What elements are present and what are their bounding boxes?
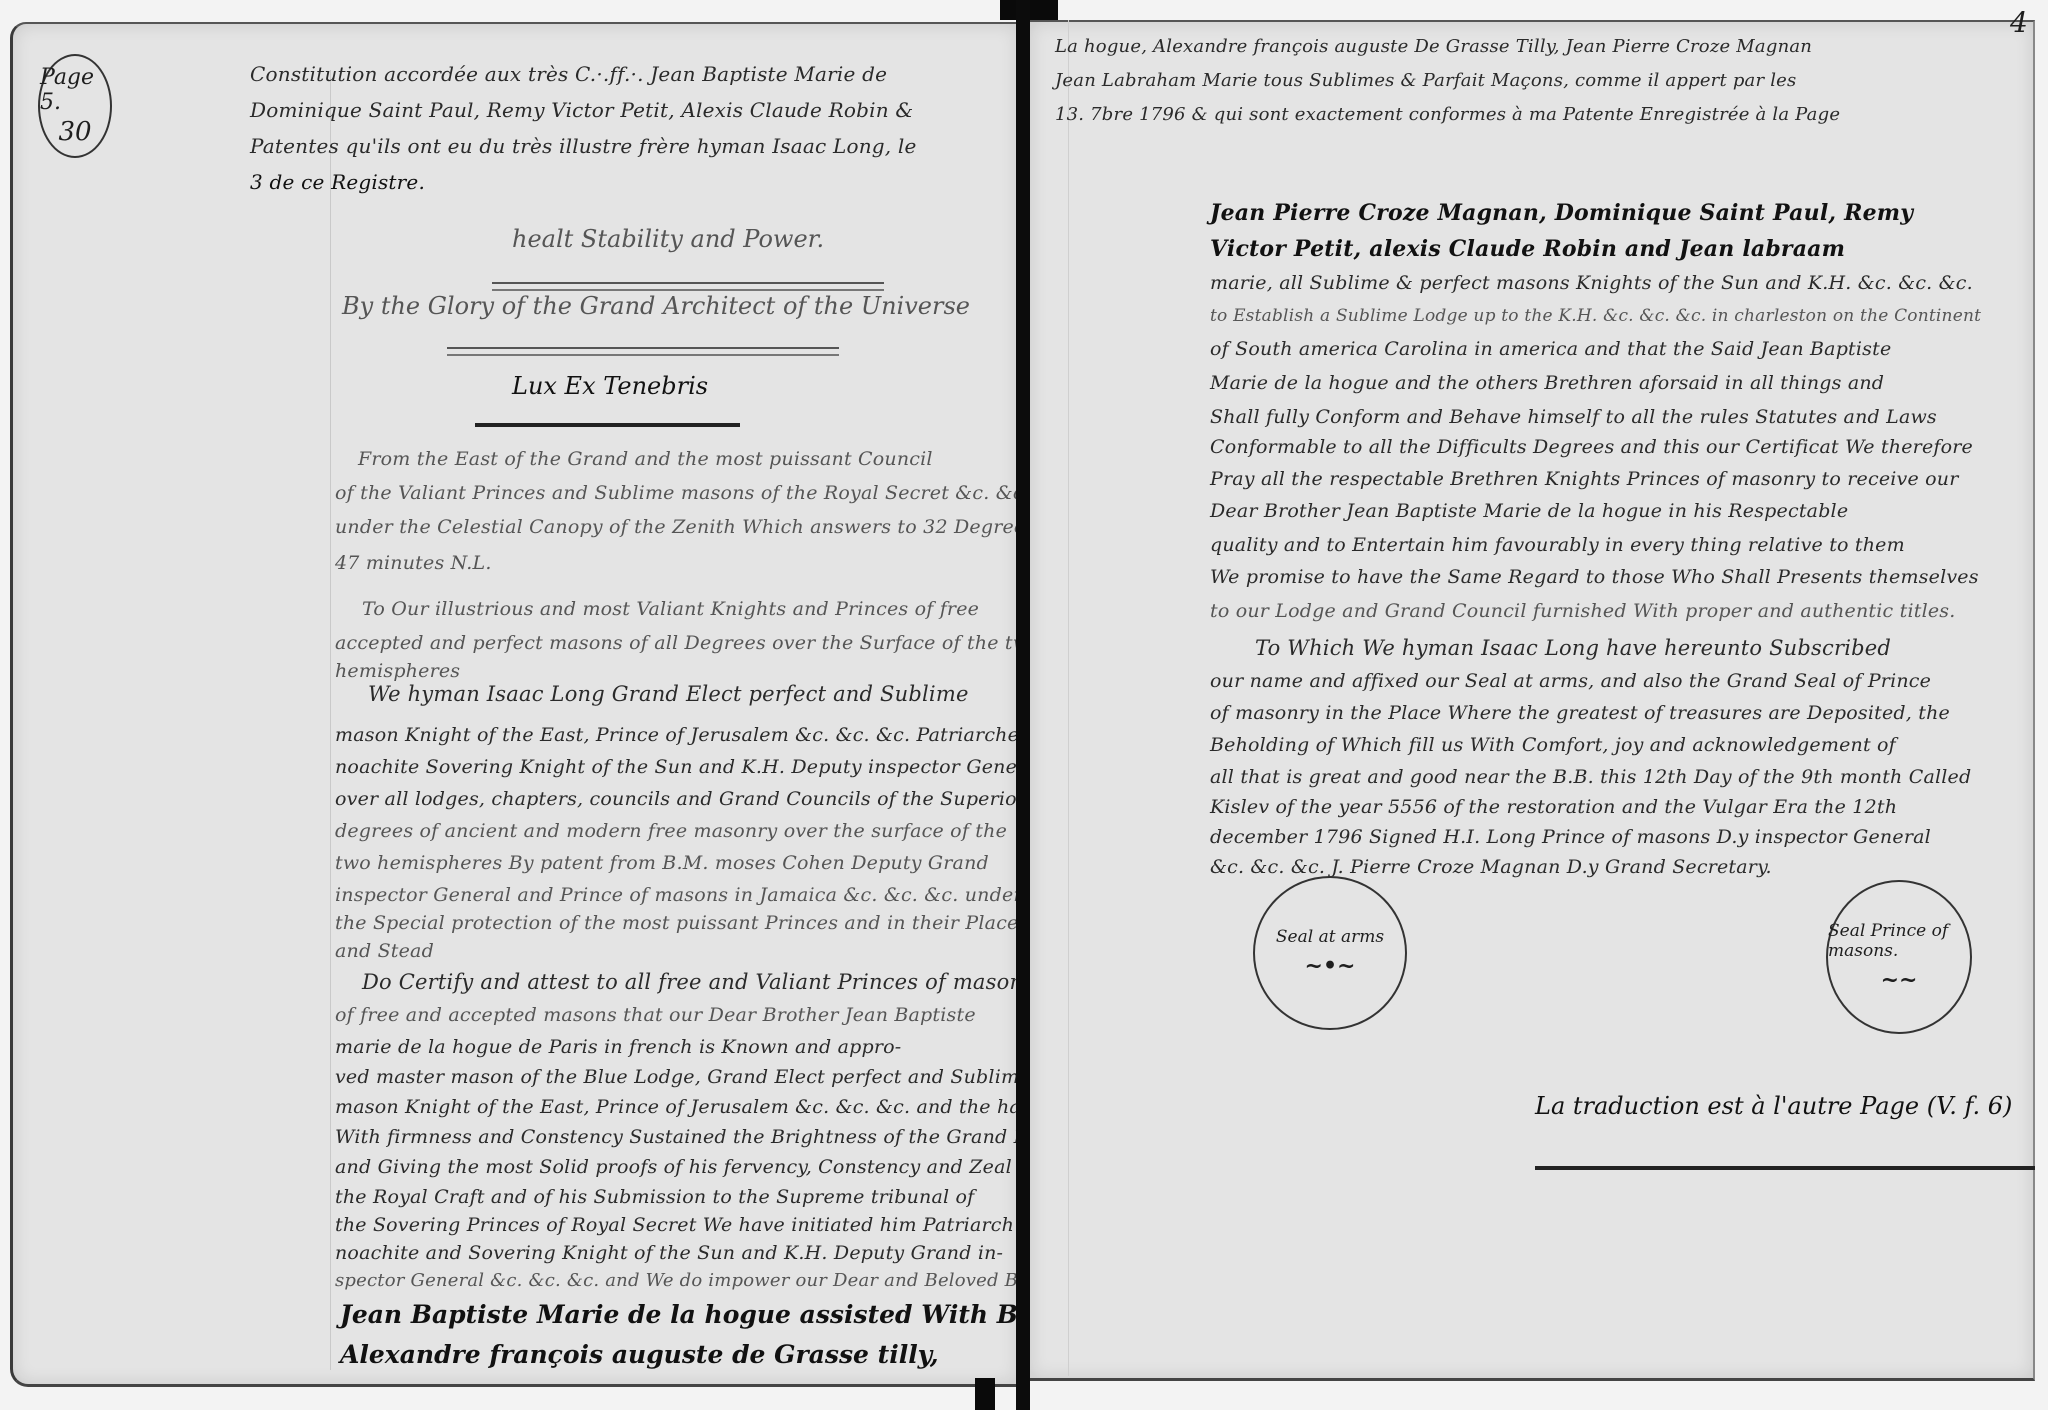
body-line: We promise to have the Same Regard to th… [1210,566,1979,588]
body-line-signature-2: Alexandre françois auguste de Grasse til… [340,1340,939,1369]
body-line: under the Celestial Canopy of the Zenith… [335,516,1035,538]
body-line: degrees of ancient and modern free mason… [335,820,1007,842]
body-line: With firmness and Constency Sustained th… [335,1126,1108,1148]
invocation-underline [447,347,839,356]
body-line: over all lodges, chapters, councils and … [335,788,1026,810]
body-line: all that is great and good near the B.B.… [1210,766,1971,788]
body-line: the Special protection of the most puiss… [335,912,1019,934]
gutter-bottom-shadow [975,1378,995,1410]
page-number-badge: Page 5. 30 [38,54,112,158]
header-line: Patentes qu'ils ont eu du très illustre … [250,134,917,158]
body-line: and Stead [335,940,434,962]
motto-underline [492,282,884,291]
body-line: of South america Carolina in america and… [1210,338,1891,360]
body-line: the Sovering Princes of Royal Secret We … [335,1214,1014,1236]
header-line: 13. 7bre 1796 & qui sont exactement conf… [1055,104,1840,125]
header-line: Dominique Saint Paul, Remy Victor Petit,… [250,98,913,122]
seal-label: Seal Prince of masons. [1828,921,1970,961]
body-line: our name and affixed our Seal at arms, a… [1210,670,1931,692]
body-line: Victor Petit, alexis Claude Robin and Je… [1210,236,1845,262]
invocation: By the Glory of the Grand Architect of t… [342,292,970,320]
body-line: 47 minutes N.L. [335,552,492,574]
body-line: spector General &c. &c. &c. and We do im… [335,1270,1077,1291]
body-line: Dear Brother Jean Baptiste Marie de la h… [1210,500,1848,522]
seal-prince-of-masons: Seal Prince of masons. ~~ [1826,880,1972,1034]
body-line: to Establish a Sublime Lodge up to the K… [1210,306,1981,326]
flourish-icon: ~~ [1881,967,1918,993]
body-line: quality and to Entertain him favourably … [1210,534,1905,556]
book-gutter [1016,0,1030,1410]
flourish-icon: ~•~ [1305,953,1356,979]
left-margin-rule [330,70,331,1370]
body-line: Jean Pierre Croze Magnan, Dominique Sain… [1210,200,1913,226]
body-line: &c. &c. &c. J. Pierre Croze Magnan D.y G… [1210,856,1772,878]
header-line: La hogue, Alexandre françois auguste De … [1055,36,1812,57]
body-line: the Royal Craft and of his Submission to… [335,1186,974,1208]
body-line: Do Certify and attest to all free and Va… [362,970,1034,994]
body-line: From the East of the Grand and the most … [358,448,933,470]
body-line: marie, all Sublime & perfect masons Knig… [1210,272,1973,294]
body-line: Conformable to all the Difficults Degree… [1210,436,1973,458]
footer-rule [1535,1166,2035,1170]
header-line: 3 de ce Registre. [250,170,425,194]
body-line: of free and accepted masons that our Dea… [335,1004,976,1026]
page-badge-label: Page 5. [40,65,110,115]
body-line: of the Valiant Princes and Sublime mason… [335,482,1070,504]
body-line: two hemispheres By patent from B.M. mose… [335,852,989,874]
body-line: accepted and perfect masons of all Degre… [335,632,1041,654]
body-line: noachite Sovering Knight of the Sun and … [335,756,1024,778]
body-line: To Which We hyman Isaac Long have hereun… [1255,636,1891,660]
header-line: Jean Labraham Marie tous Sublimes & Parf… [1055,70,1796,91]
body-line: mason Knight of the East, Prince of Jeru… [335,1096,1063,1118]
body-line: hemispheres [335,660,460,682]
body-line: marie de la hogue de Paris in french is … [335,1036,901,1058]
body-line: of masonry in the Place Where the greate… [1210,702,1950,724]
body-line: ved master mason of the Blue Lodge, Gran… [335,1066,1031,1088]
body-line: mason Knight of the East, Prince of Jeru… [335,724,1019,746]
body-line: Shall fully Conform and Behave himself t… [1210,406,1937,428]
right-page-number: 4 [2010,6,2028,39]
body-line: Beholding of Which fill us With Comfort,… [1210,734,1896,756]
seal-label: Seal at arms [1276,927,1384,947]
lux-underline [475,423,740,427]
body-line: and Giving the most Solid proofs of his … [335,1156,1037,1178]
header-line: Constitution accordée aux très C.·.ff.·.… [250,62,887,86]
body-line: december 1796 Signed H.I. Long Prince of… [1210,826,1931,848]
body-line: Kislev of the year 5556 of the restorati… [1210,796,1897,818]
body-line: To Our illustrious and most Valiant Knig… [362,598,979,620]
body-line: Pray all the respectable Brethren Knight… [1210,468,1959,490]
lux-ex-tenebris: Lux Ex Tenebris [512,372,708,400]
body-line: Marie de la hogue and the others Brethre… [1210,372,1884,394]
seal-at-arms: Seal at arms ~•~ [1253,876,1407,1030]
right-margin-rule [1068,20,1069,1376]
page-badge-sub: 30 [58,117,91,147]
body-line: to our Lodge and Grand Council furnished… [1210,600,1955,622]
body-line: We hyman Isaac Long Grand Elect perfect … [368,682,969,706]
body-line-signature-1: Jean Baptiste Marie de la hogue assisted… [340,1300,1124,1329]
translation-note: La traduction est à l'autre Page (V. f. … [1535,1092,2012,1120]
motto: healt Stability and Power. [512,225,824,253]
body-line: inspector General and Prince of masons i… [335,884,1023,906]
body-line: noachite and Sovering Knight of the Sun … [335,1242,1003,1264]
